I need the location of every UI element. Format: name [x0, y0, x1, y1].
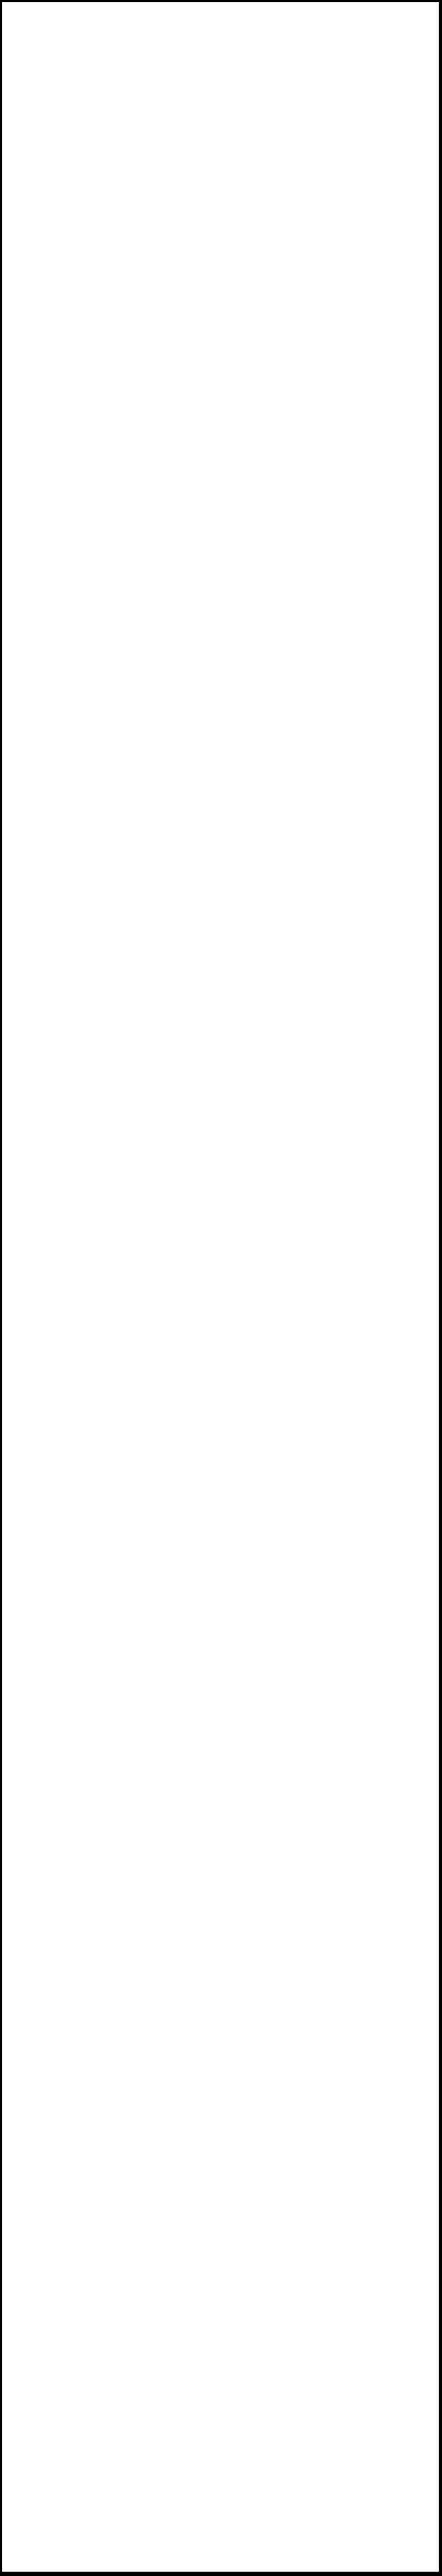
document-page [2, 2, 439, 2572]
